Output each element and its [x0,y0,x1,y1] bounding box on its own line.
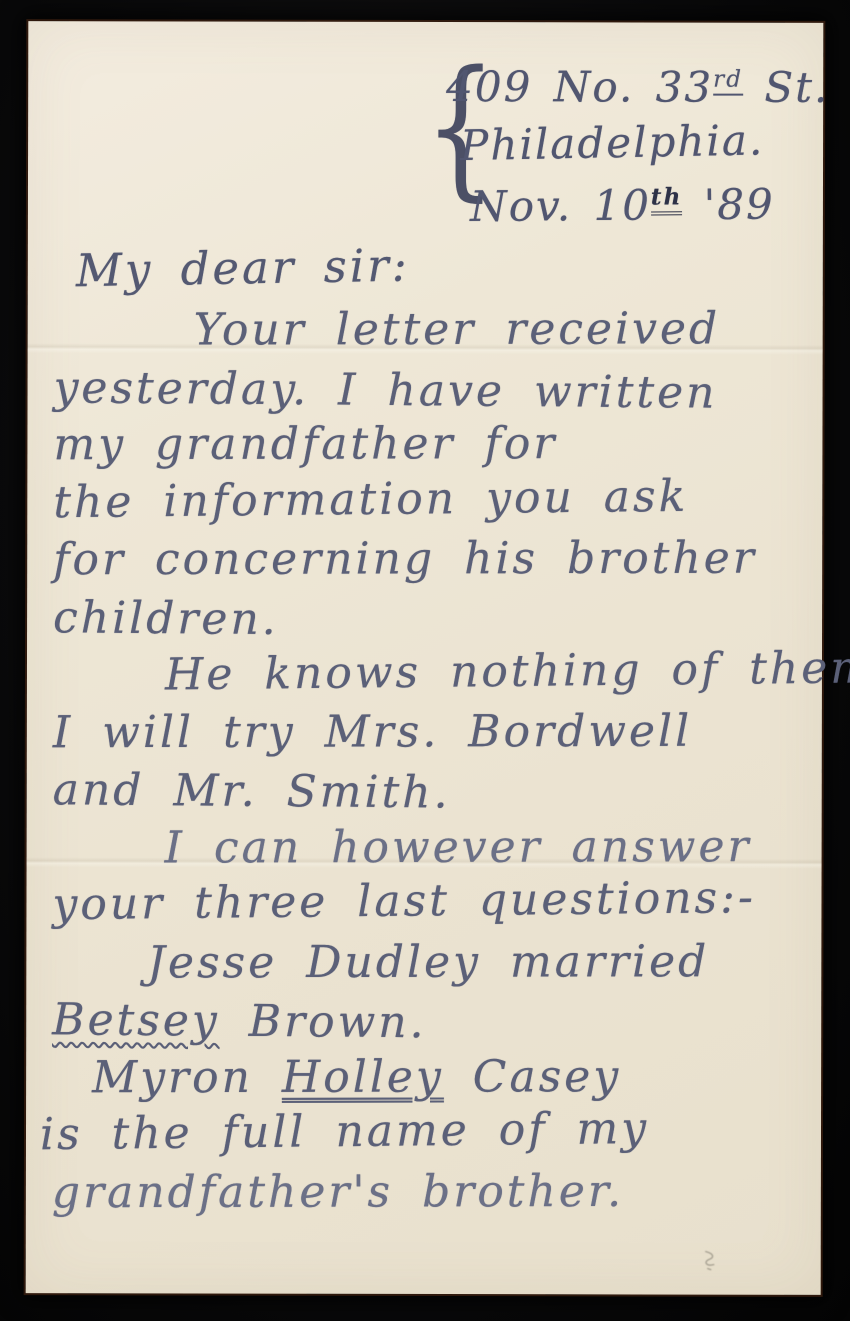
photo-backdrop: { 409 No. 33rd St. Philadelphia. Nov. 10… [0,0,850,1321]
address-line: 409 No. 33rd St. [446,52,846,115]
salutation: My dear sir: [75,231,797,299]
letter-paper: { 409 No. 33rd St. Philadelphia. Nov. 10… [26,21,824,1295]
handwritten-line: Your letter received [194,300,797,359]
betsey-line-rest: Brown. [220,996,427,1049]
address-number-street: 409 No. 33 [446,62,713,112]
underlined-name-betsey: Betsey [52,994,220,1046]
handwritten-line: grandfather's brother. [52,1162,795,1221]
handwritten-line: your three last questions:- [52,869,796,934]
handwritten-line: I can however answer [165,818,796,877]
letter-body: Your letter received yesterday. I have w… [52,301,797,1223]
handwritten-line: my grandfather for [53,415,796,474]
handwritten-line-betsey: Betsey Brown. [52,991,795,1055]
underlined-name-holley: Holley [282,1051,444,1102]
handwritten-line: the information you ask [53,466,797,531]
date-year: '89 [682,180,775,230]
handwritten-line: and Mr. Smith. [52,761,795,825]
handwritten-line-myron: Myron Holley Casey [92,1047,795,1106]
date-line: Nov. 10th '89 [470,168,847,234]
handwritten-line: is the full name of my [40,1099,796,1164]
myron-line-rest: Casey [444,1051,621,1102]
street-suffix: St. [743,63,829,112]
letter-heading: { 409 No. 33rd St. Philadelphia. Nov. 10… [412,52,797,231]
handwritten-line: for concerning his brother [53,530,796,589]
pencil-smudge [702,1249,720,1277]
date-day: Nov. 10 [470,181,651,232]
date-ordinal: th [651,183,683,215]
handwritten-line: Jesse Dudley married [147,932,795,991]
myron-line-start: Myron [92,1051,282,1102]
handwritten-line: I will try Mrs. Bordwell [53,702,796,761]
city-line: Philadelphia. [460,111,847,173]
street-ordinal: rd [713,67,743,96]
handwritten-line: yesterday. I have written [53,359,796,423]
handwritten-line: He knows nothing of them [165,640,797,704]
heading-lines: 409 No. 33rd St. Philadelphia. Nov. 10th… [446,52,846,233]
